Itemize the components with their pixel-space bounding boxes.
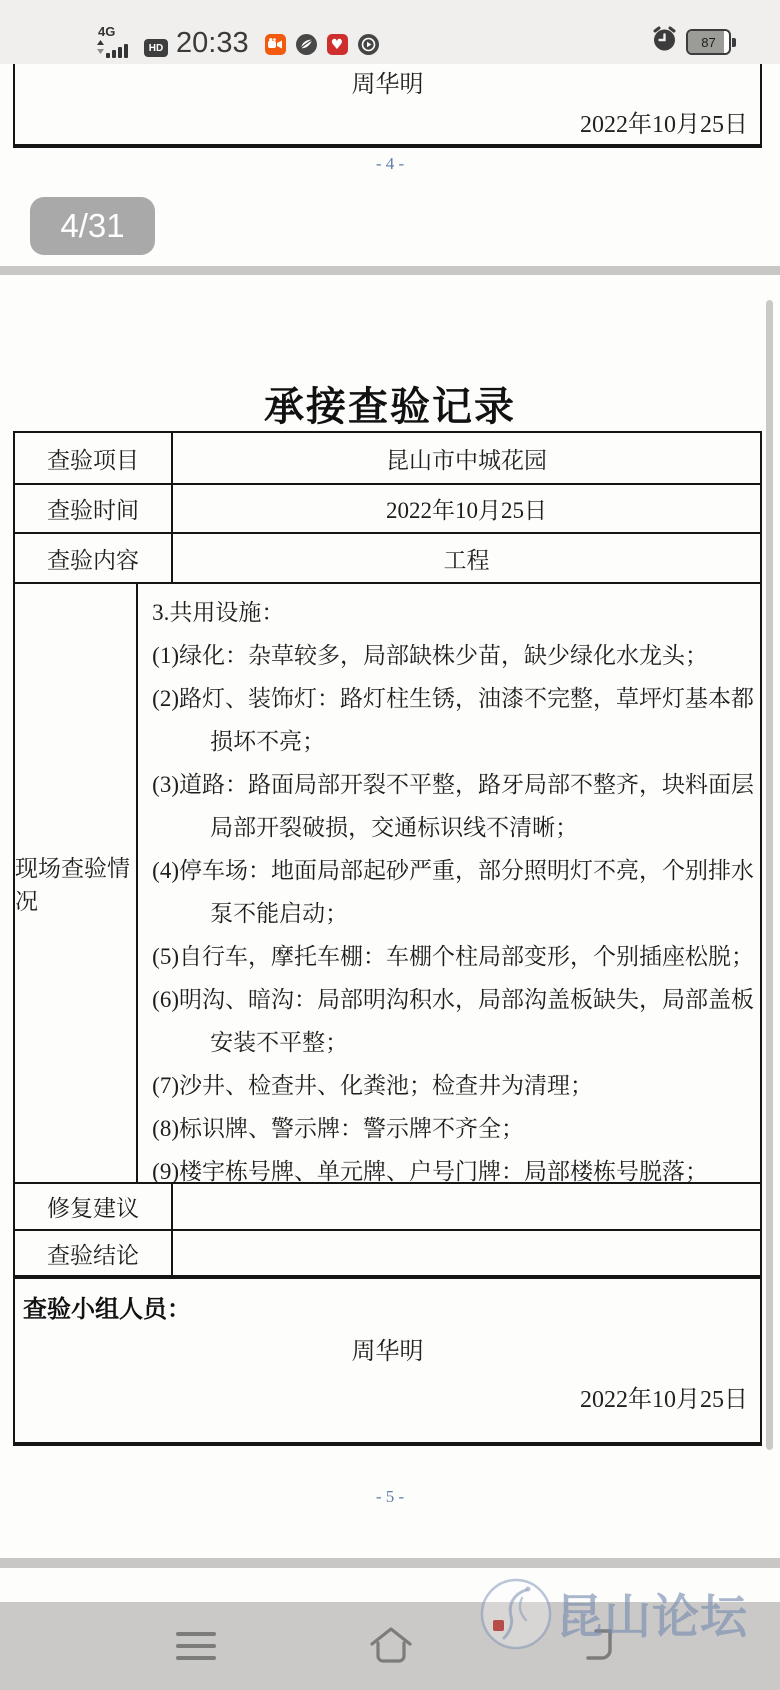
situation-content: 3.共用设施：(1)绿化：杂草较多，局部缺株少苗，缺少绿化水龙头；(2)路灯、装… <box>138 584 760 1182</box>
data-arrows-icon <box>96 40 105 59</box>
network-type-label: 4G <box>98 24 115 39</box>
row-value: 工程 <box>173 534 760 582</box>
status-right-cluster: 87 <box>651 26 736 58</box>
table-row-situation: 现场查验情况 3.共用设施：(1)绿化：杂草较多，局部缺株少苗，缺少绿化水龙头；… <box>15 582 760 1182</box>
battery-percent: 87 <box>688 31 729 53</box>
battery-nub <box>732 38 736 47</box>
situation-line: 局部开裂破损，交通标识线不清晰； <box>152 806 754 849</box>
situation-line: (5)自行车，摩托车棚：车棚个柱局部变形，个别插座松脱； <box>152 935 754 978</box>
table-row: 修复建议 <box>15 1182 760 1229</box>
video-app-icon <box>358 34 379 55</box>
page-separator <box>0 1558 780 1568</box>
situation-line: (4)停车场：地面局部起砂严重，部分照明灯不亮，个别排水 <box>152 849 754 892</box>
menu-button[interactable] <box>160 1612 232 1680</box>
table-row: 查验内容 工程 <box>15 532 760 582</box>
row-label: 查验项目 <box>15 433 173 483</box>
table-row: 查验结论 <box>15 1229 760 1275</box>
situation-line: (2)路灯、装饰灯：路灯柱生锈，油漆不完整，草坪灯基本都 <box>152 677 754 720</box>
phone-screen: 4G HD 20:33 ♥ <box>0 0 780 1690</box>
signature-date: 2022年10月25日 <box>580 1379 748 1414</box>
status-time: 20:33 <box>176 28 249 58</box>
back-icon <box>579 1624 619 1669</box>
page4-signer: 周华明 <box>15 64 760 99</box>
home-icon <box>367 1624 415 1669</box>
situation-line: (1)绿化：杂草较多，局部缺株少苗，缺少绿化水龙头； <box>152 634 754 677</box>
row-label: 查验结论 <box>15 1231 173 1275</box>
menu-icon <box>176 1632 216 1660</box>
document-page-5: 承接查验记录 查验项目 昆山市中城花园 查验时间 2022年10月25日 查验内… <box>0 275 780 1558</box>
page4-date: 2022年10月25日 <box>580 104 748 139</box>
table-row: 查验时间 2022年10月25日 <box>15 483 760 532</box>
status-bar: 4G HD 20:33 ♥ <box>0 0 780 64</box>
row-value: 2022年10月25日 <box>173 485 760 532</box>
page4-table-bottom: 周华明 2022年10月25日 <box>13 64 762 148</box>
situation-line: 损坏不亮； <box>152 720 754 763</box>
signature-section: 查验小组人员： 周华明 2022年10月25日 <box>15 1279 760 1442</box>
table-bottom-border <box>15 1442 760 1446</box>
signature-name: 周华明 <box>15 1331 760 1366</box>
signal-strength-icon <box>106 44 128 58</box>
status-left-cluster: 4G HD 20:33 ♥ <box>96 22 379 58</box>
row-value: 昆山市中城花园 <box>173 433 760 483</box>
page4-number: - 4 - <box>0 154 780 174</box>
situation-line: (3)道路：路面局部开裂不平整，路牙局部不整齐，块料面层 <box>152 763 754 806</box>
network-indicator: 4G <box>96 26 138 58</box>
row-label: 现场查验情况 <box>15 584 138 1182</box>
row-label: 修复建议 <box>15 1184 173 1229</box>
document-title: 承接查验记录 <box>0 375 780 432</box>
situation-line: 安装不平整； <box>152 1021 754 1064</box>
inspection-table: 查验项目 昆山市中城花园 查验时间 2022年10月25日 查验内容 工程 现场… <box>13 431 762 1446</box>
battery-icon: 87 <box>686 29 731 55</box>
situation-line: (7)沙井、检查井、化粪池；检查井为清理； <box>152 1064 754 1107</box>
alarm-clock-icon <box>651 26 678 58</box>
page-indicator-badge: 4/31 <box>30 197 155 255</box>
health-app-icon: ♥ <box>327 34 348 55</box>
row-value <box>173 1231 760 1275</box>
back-button[interactable] <box>563 1612 635 1680</box>
kuaishou-app-icon <box>265 34 286 55</box>
browser-app-icon <box>296 34 317 55</box>
hd-voice-icon: HD <box>144 39 168 57</box>
row-value <box>173 1184 760 1229</box>
situation-line: (8)标识牌、警示牌：警示牌不齐全； <box>152 1107 754 1150</box>
page5-number: - 5 - <box>0 1487 780 1507</box>
home-button[interactable] <box>355 1612 427 1680</box>
signature-heading: 查验小组人员： <box>23 1289 191 1324</box>
page-indicator-text: 4/31 <box>60 207 124 245</box>
situation-line: 3.共用设施： <box>152 591 754 634</box>
page-separator <box>0 266 780 275</box>
table-row: 查验项目 昆山市中城花园 <box>15 433 760 483</box>
row-label: 查验时间 <box>15 485 173 532</box>
android-nav-bar <box>0 1602 780 1690</box>
situation-line: 泵不能启动； <box>152 892 754 935</box>
situation-line: (6)明沟、暗沟：局部明沟积水，局部沟盖板缺失，局部盖板 <box>152 978 754 1021</box>
row-label: 查验内容 <box>15 534 173 582</box>
document-scrollbar[interactable] <box>766 300 773 1450</box>
